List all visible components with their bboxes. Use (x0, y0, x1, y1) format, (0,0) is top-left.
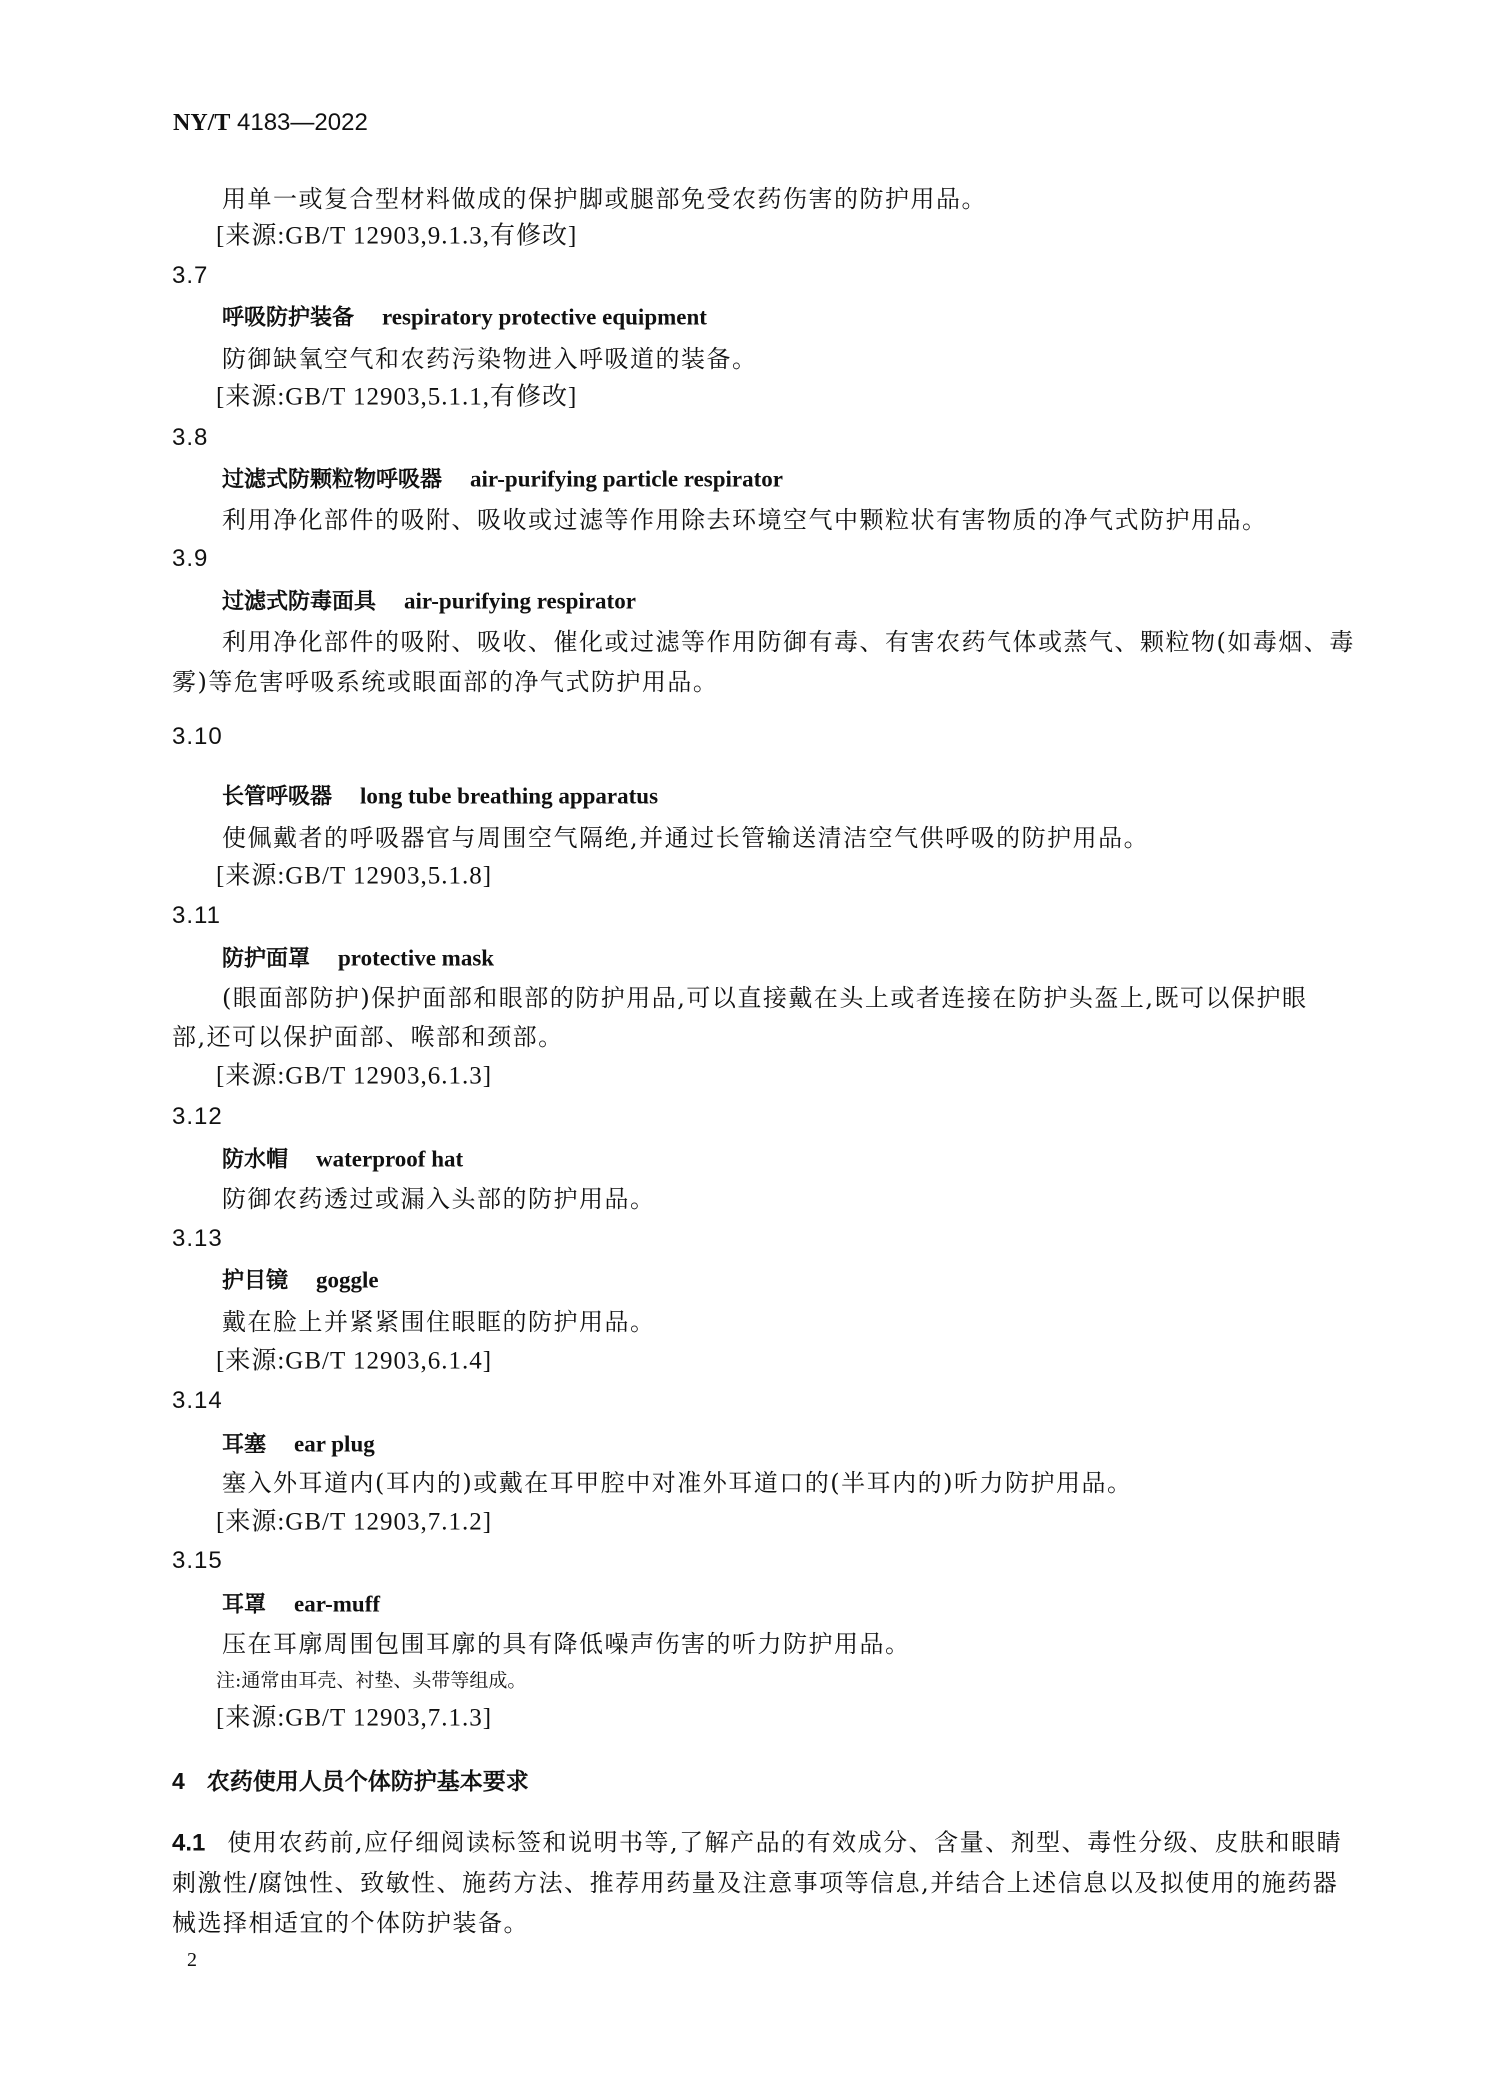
definition-text: 利用净化部件的吸附、吸收或过滤等作用除去环境空气中颗粒状有害物质的净气式防护用品… (222, 508, 1268, 532)
source-citation: [来源:GB/T 12903,7.1.3] (216, 1706, 492, 1731)
term-number: 3.11 (172, 904, 221, 928)
term-number: 3.7 (172, 264, 208, 288)
term-zh: 耳罩 (222, 1592, 266, 1618)
source-citation: [来源:GB/T 12903,7.1.2] (216, 1510, 492, 1535)
section-heading: 4农药使用人员个体防护基本要求 (172, 1770, 529, 1794)
definition-text-continued: 雾)等危害呼吸系统或眼面部的净气式防护用品。 (172, 670, 718, 694)
term-number: 3.9 (172, 547, 208, 571)
definition-text: 防御农药透过或漏入头部的防护用品。 (222, 1187, 656, 1211)
term-en: waterproof hat (316, 1147, 463, 1172)
term-number: 3.14 (172, 1389, 223, 1413)
definition-text-continued: 部,还可以保护面部、喉部和颈部。 (172, 1025, 564, 1049)
standard-number: 4183—2022 (237, 109, 368, 136)
clause-text-continued: 械选择相适宜的个体防护装备。 (172, 1911, 529, 1935)
page-number: 2 (187, 1950, 197, 1970)
term-zh: 防护面罩 (222, 946, 310, 972)
source-citation: [来源:GB/T 12903,5.1.8] (216, 864, 492, 889)
definition-text: 防御缺氧空气和农药污染物进入呼吸道的装备。 (222, 347, 758, 371)
term-heading: 防护面罩protective mask (222, 947, 494, 970)
standard-prefix: NY/T (173, 110, 230, 136)
source-citation: [来源:GB/T 12903,9.1.3,有修改] (216, 224, 577, 249)
term-heading: 过滤式防毒面具air-purifying respirator (222, 590, 636, 613)
term-zh: 防水帽 (222, 1147, 288, 1173)
term-zh: 长管呼吸器 (222, 784, 332, 810)
section-title: 农药使用人员个体防护基本要求 (207, 1769, 529, 1795)
term-number: 3.8 (172, 426, 208, 450)
term-zh: 过滤式防毒面具 (222, 589, 376, 615)
definition-text: (眼面部防护)保护面部和眼部的防护用品,可以直接戴在头上或者连接在防护头盔上,既… (222, 986, 1307, 1010)
term-heading: 护目镜goggle (222, 1269, 379, 1292)
term-zh: 过滤式防颗粒物呼吸器 (222, 467, 442, 493)
term-en: air-purifying particle respirator (470, 467, 783, 492)
term-en: ear plug (294, 1432, 375, 1457)
section-number: 4 (172, 1768, 185, 1794)
term-heading: 耳罩ear-muff (222, 1593, 380, 1616)
definition-text: 戴在脸上并紧紧围住眼眶的防护用品。 (222, 1310, 656, 1334)
term-en: protective mask (338, 946, 494, 971)
term-zh: 护目镜 (222, 1268, 288, 1294)
source-citation: [来源:GB/T 12903,6.1.4] (216, 1349, 492, 1374)
term-number: 3.12 (172, 1105, 223, 1129)
source-citation: [来源:GB/T 12903,6.1.3] (216, 1064, 492, 1089)
term-heading: 长管呼吸器long tube breathing apparatus (222, 785, 658, 808)
term-heading: 过滤式防颗粒物呼吸器air-purifying particle respira… (222, 468, 783, 491)
term-zh: 呼吸防护装备 (222, 305, 354, 331)
term-en: ear-muff (294, 1592, 380, 1617)
note-text: 注:通常由耳壳、衬垫、头带等组成。 (216, 1672, 526, 1691)
standard-code-header: NY/T 4183—2022 (173, 111, 368, 135)
definition-text: 塞入外耳道内(耳内的)或戴在耳甲腔中对准外耳道口的(半耳内的)听力防护用品。 (222, 1471, 1132, 1495)
term-en: long tube breathing apparatus (360, 784, 658, 809)
clause-text: 4.1使用农药前,应仔细阅读标签和说明书等,了解产品的有效成分、含量、剂型、毒性… (172, 1831, 1342, 1856)
term-en: respiratory protective equipment (382, 305, 707, 330)
clause-line: 使用农药前,应仔细阅读标签和说明书等,了解产品的有效成分、含量、剂型、毒性分级、… (227, 1829, 1342, 1857)
term-heading: 耳塞ear plug (222, 1433, 375, 1456)
clause-text-continued: 刺激性/腐蚀性、致敏性、施药方法、推荐用药量及注意事项等信息,并结合上述信息以及… (172, 1871, 1338, 1895)
term-heading: 防水帽waterproof hat (222, 1148, 463, 1171)
term-en: air-purifying respirator (404, 589, 636, 614)
definition-text: 用单一或复合型材料做成的保护脚或腿部免受农药伤害的防护用品。 (222, 187, 987, 211)
term-en: goggle (316, 1268, 379, 1293)
term-heading: 呼吸防护装备respiratory protective equipment (222, 306, 707, 329)
term-number: 3.15 (172, 1549, 223, 1573)
definition-text: 利用净化部件的吸附、吸收、催化或过滤等作用防御有毒、有害农药气体或蒸气、颗粒物(… (222, 630, 1355, 654)
source-citation: [来源:GB/T 12903,5.1.1,有修改] (216, 385, 577, 410)
term-number: 3.10 (172, 725, 223, 749)
clause-number: 4.1 (172, 1830, 205, 1857)
term-number: 3.13 (172, 1227, 223, 1251)
definition-text: 压在耳廓周围包围耳廓的具有降低噪声伤害的听力防护用品。 (222, 1632, 911, 1656)
term-zh: 耳塞 (222, 1432, 266, 1458)
definition-text: 使佩戴者的呼吸器官与周围空气隔绝,并通过长管输送清洁空气供呼吸的防护用品。 (222, 826, 1149, 850)
